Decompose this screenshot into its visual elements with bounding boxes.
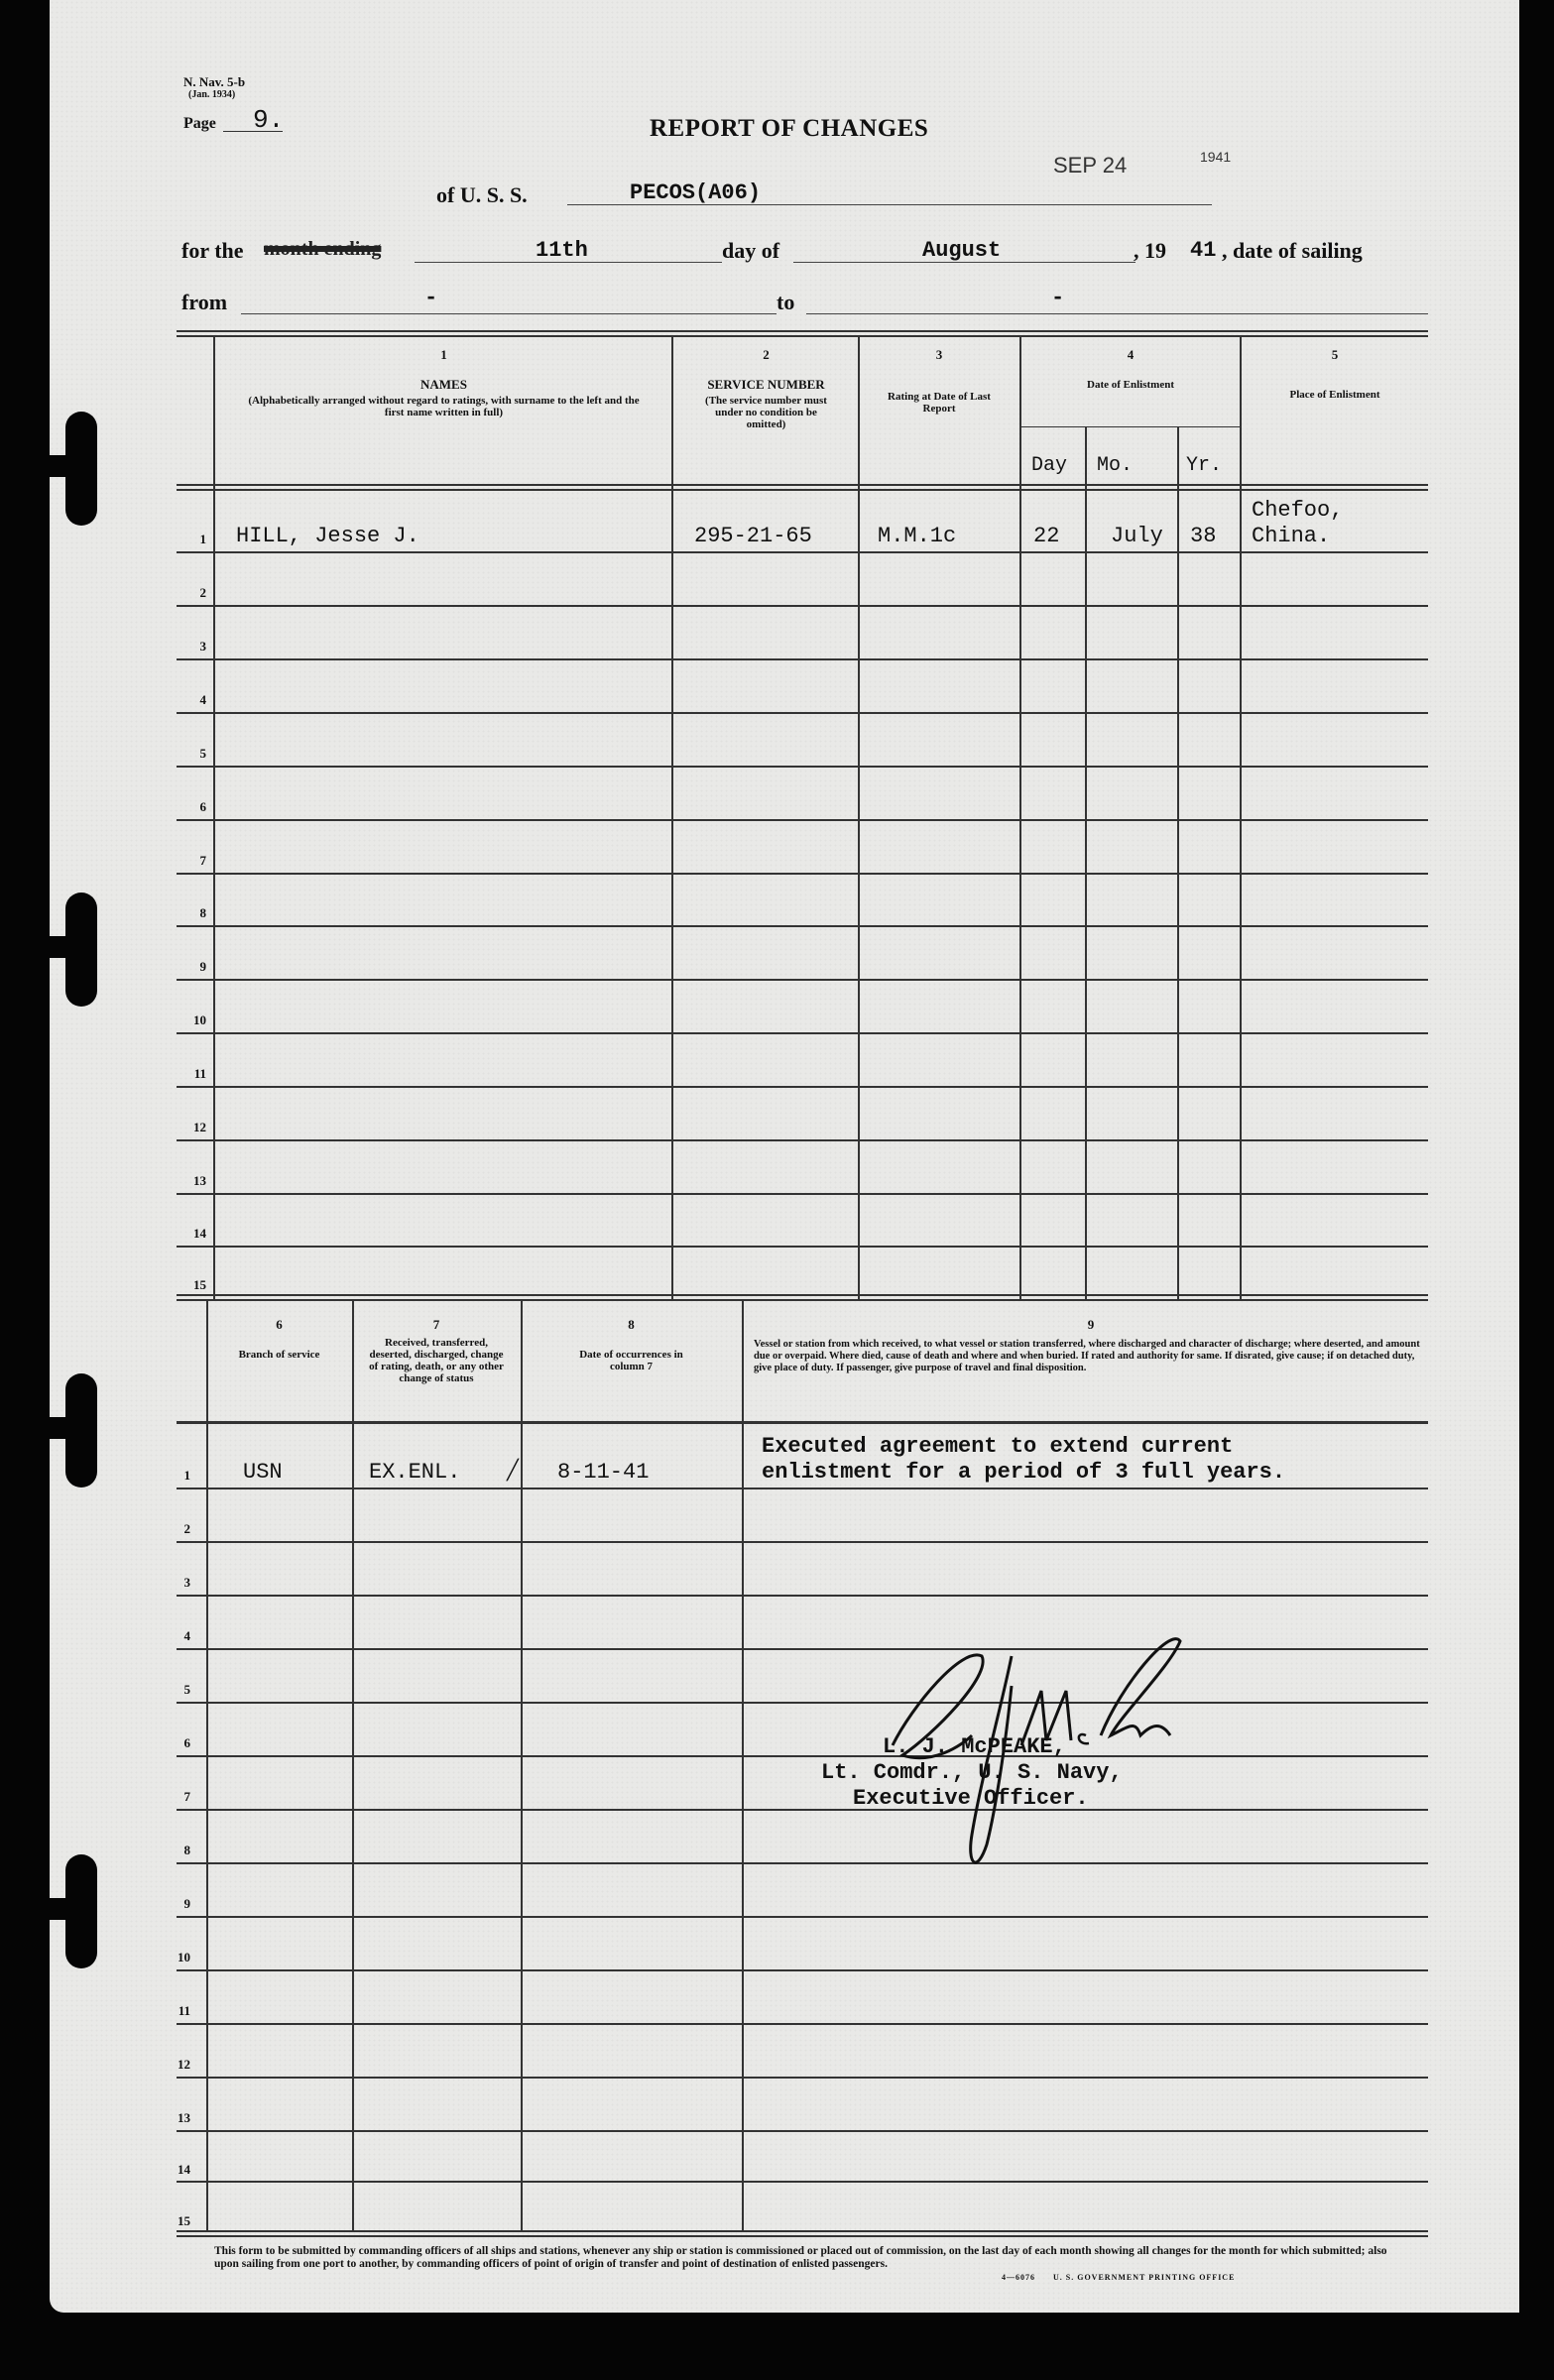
col-header-rating: 3 Rating at Date of Last Report: [860, 349, 1018, 415]
col-header-remarks: 9 Vessel or station from which received,…: [754, 1319, 1428, 1374]
signer-rank: Lt. Comdr., U. S. Navy,: [821, 1761, 1123, 1785]
row-number: 8: [161, 1843, 190, 1858]
year-prefix: , 19: [1134, 238, 1166, 264]
signer-title: Executive Officer.: [853, 1787, 1089, 1811]
col-header-date-of-occurrence: 8 Date of occurrences in column 7: [523, 1319, 740, 1372]
struck-text: month ending: [264, 238, 381, 261]
remarks-line1: Executed agreement to extend current: [762, 1434, 1233, 1459]
to-label: to: [777, 290, 794, 315]
status-change-cell: EX.ENL.: [369, 1460, 460, 1485]
date-cell: 8-11-41: [557, 1460, 649, 1485]
row-number: 1: [161, 1468, 190, 1484]
enlistment-day-cell: 22: [1033, 524, 1059, 548]
row-number: 6: [177, 799, 206, 815]
service-number-cell: 295-21-65: [694, 524, 812, 548]
binder-tab: [0, 412, 99, 526]
col-header-service-number: 2 SERVICE NUMBER (The service number mus…: [674, 349, 858, 430]
row-number: 10: [177, 1012, 206, 1028]
day-of-label: day of: [722, 238, 779, 264]
col-header-place: 5 Place of Enlistment: [1242, 349, 1428, 401]
col-header-enlistment-date: 4 Date of Enlistment: [1021, 349, 1240, 391]
vessel-value: PECOS(A06): [630, 180, 761, 205]
row-number: 12: [177, 1120, 206, 1135]
col-header-names: 1 NAMES (Alphabetically arranged without…: [218, 349, 669, 418]
from-label: from: [181, 290, 227, 315]
rating-cell: M.M.1c: [878, 524, 956, 548]
binder-tab: [0, 1854, 99, 1968]
col-header-branch: 6 Branch of service: [208, 1319, 350, 1361]
year-value: 41: [1190, 238, 1216, 263]
sub-header-year: Yr.: [1186, 454, 1222, 477]
signer-name: L. J. McPEAKE,: [883, 1735, 1066, 1759]
row-number: 14: [161, 2162, 190, 2178]
row-number: 10: [161, 1950, 190, 1965]
col-header-change-of-status: 7 Received, transferred, deserted, disch…: [354, 1319, 519, 1384]
footer-instructions: This form to be submitted by commanding …: [177, 2245, 1406, 2271]
row-number: 11: [161, 2003, 190, 2019]
received-stamp-year: 1941: [1200, 149, 1231, 165]
row-number: 11: [177, 1066, 206, 1082]
place-cell-line2: China.: [1252, 524, 1330, 548]
from-value: -: [424, 286, 437, 310]
page-label: Page: [183, 115, 216, 133]
sub-header-month: Mo.: [1097, 454, 1133, 477]
row-number: 14: [177, 1226, 206, 1242]
row-number: 15: [161, 2213, 190, 2229]
from-underline: [241, 313, 777, 314]
row-number: 12: [161, 2057, 190, 2073]
form-date: (Jan. 1934): [188, 89, 235, 100]
for-the-label: for the: [181, 238, 244, 264]
row-number: 7: [177, 853, 206, 869]
row-number: 3: [161, 1575, 190, 1591]
page-number: 9.: [253, 105, 284, 135]
day-value: 11th: [536, 238, 588, 263]
sub-header-day: Day: [1031, 454, 1067, 477]
row-number: 13: [177, 1173, 206, 1189]
form-title: REPORT OF CHANGES: [650, 115, 928, 143]
row-number: 7: [161, 1789, 190, 1805]
row-number: 13: [161, 2110, 190, 2126]
sailing-label: , date of sailing: [1222, 238, 1363, 264]
row-number: 3: [177, 639, 206, 654]
to-underline: [806, 313, 1428, 314]
place-cell-line1: Chefoo,: [1252, 498, 1343, 523]
row-number: 9: [161, 1896, 190, 1912]
row-number: 4: [161, 1628, 190, 1644]
branch-cell: USN: [243, 1460, 283, 1485]
printer-line: 4—6076 U. S. GOVERNMENT PRINTING OFFICE: [1002, 2273, 1235, 2282]
row-number: 2: [177, 585, 206, 601]
row-number: 2: [161, 1521, 190, 1537]
row-number: 8: [177, 905, 206, 921]
binder-tab: [0, 1373, 99, 1487]
row-number: 9: [177, 959, 206, 975]
name-cell: HILL, Jesse J.: [236, 524, 419, 548]
enlistment-month-cell: July: [1111, 524, 1163, 548]
binder-tab: [0, 892, 99, 1007]
row-number: 5: [161, 1682, 190, 1698]
row-number: 4: [177, 692, 206, 708]
received-stamp: SEP 24: [1053, 153, 1127, 178]
month-value: August: [922, 238, 1001, 263]
row-number: 15: [177, 1277, 206, 1293]
row-number: 5: [177, 746, 206, 762]
to-value: -: [1051, 286, 1064, 310]
row-number: 6: [161, 1735, 190, 1751]
document-page: [50, 0, 1519, 2313]
row-number: 1: [177, 532, 206, 547]
form-number: N. Nav. 5-b: [183, 75, 245, 88]
vessel-label: of U. S. S.: [436, 182, 528, 208]
enlistment-year-cell: 38: [1190, 524, 1216, 548]
remarks-line2: enlistment for a period of 3 full years.: [762, 1460, 1285, 1485]
